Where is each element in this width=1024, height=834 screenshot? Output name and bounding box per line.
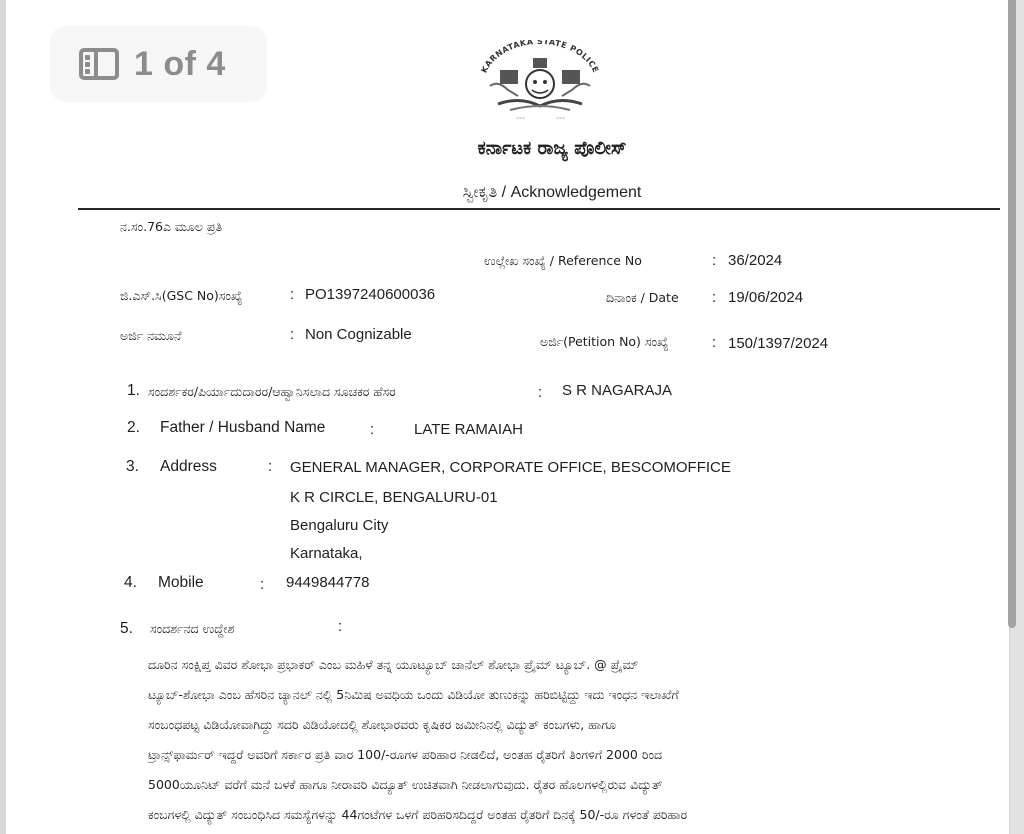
address-line: GENERAL MANAGER, CORPORATE OFFICE, BESCO…	[290, 459, 731, 476]
svg-text:~~~: ~~~	[556, 116, 565, 122]
address-colon: :	[268, 458, 272, 475]
petition-number-label: ಅರ್ಜಿ(Petition No) ಸಂಖ್ಯೆ	[540, 334, 668, 350]
mobile-colon: :	[260, 576, 264, 593]
karnataka-state-police-emblem-icon: KARNATAKA STATE POLICE ~~~ ~~~	[470, 40, 610, 122]
visitor-name-label: ಸಂದರ್ಶಕರ/ಪಿರ್ಯಾದುದಾರರ/ಆಹ್ವಾನಿಸಲಾದ ಸೂಚಕರ …	[148, 384, 396, 400]
father-name-colon: :	[370, 421, 374, 438]
header-divider	[78, 208, 1000, 210]
field-number: 3.	[126, 458, 139, 476]
paragraph-line: ಟ್ಯೂಬ್-ಶೋಭಾ ಎಂಬ ಹೆಸರಿನ ಚ್ಯಾನಲ್ ನಲ್ಲಿ 5ನಿ…	[148, 680, 908, 710]
reference-colon: :	[712, 252, 716, 269]
mobile-label: Mobile	[158, 574, 204, 592]
mobile-value: 9449844778	[286, 574, 369, 591]
date-label: ದಿನಾಂಕ / Date	[606, 290, 679, 306]
document-title: ಕರ್ನಾಟಕ ರಾಜ್ಯ ಪೊಲೀಸ್	[0, 138, 1024, 159]
field-number: 1.	[127, 382, 140, 400]
purpose-colon: :	[338, 618, 342, 635]
address-line: K R CIRCLE, BENGALURU-01	[290, 489, 498, 506]
petition-type-colon: :	[290, 326, 294, 343]
paragraph-line: ಕಂಬಗಳಲ್ಲಿ ವಿದ್ಯುತ್ ಸಂಬಂಧಿಸಿದ ಸಮಸ್ಯೆಗಳನ್ನ…	[148, 800, 908, 830]
paragraph-line: 5000ಯೂನಿಟ್ ವರೆಗೆ ಮನೆ ಬಳಕೆ ಹಾಗೂ ನೀರಾವರಿ ವ…	[148, 770, 908, 800]
petition-number-colon: :	[712, 334, 716, 351]
document-subtitle: ಸ್ವೀಕೃತಿ / Acknowledgement	[0, 184, 1024, 202]
gsc-label: ಜಿ.ಎಸ್.ಸಿ(GSC No)ಸಂಖ್ಯೆ	[120, 288, 242, 304]
petition-type-value: Non Cognizable	[305, 326, 412, 343]
reference-label: ಉಲ್ಲೇಖ ಸಂಖ್ಯೆ / Reference No	[484, 253, 642, 269]
father-name-label: Father / Husband Name	[160, 419, 325, 437]
paragraph-line: ಸಂಬಂಧಪಟ್ಟ ವಿಡಿಯೋವಾಗಿದ್ದು ಸದರಿ ವಿಡಿಯೋದಲ್ಲ…	[148, 710, 908, 740]
svg-text:~~~: ~~~	[516, 116, 525, 122]
date-value: 19/06/2024	[728, 289, 803, 306]
paragraph-line: ಟ್ರಾನ್ಸ್‌ಫಾರ್ಮರ್ ಇದ್ದರೆ ಅವರಿಗೆ ಸರ್ಕಾರ ಪ್…	[148, 740, 908, 770]
visitor-name-colon: :	[538, 384, 542, 401]
petition-number-value: 150/1397/2024	[728, 335, 828, 352]
reference-value: 36/2024	[728, 252, 782, 269]
paragraph-line: ದೂರಿನ ಸಂಕ್ಷಿಪ್ತ ವಿವರ ಶೋಭಾ ಪ್ರಭಾಕರ್ ಎಂಬ ಮ…	[148, 650, 908, 680]
viewer-left-edge	[0, 0, 6, 834]
field-number: 2.	[127, 419, 140, 437]
sidebar-thumbnails-icon	[79, 48, 119, 80]
address-label: Address	[160, 458, 217, 476]
field-number: 4.	[124, 574, 137, 592]
page-indicator-button[interactable]: 1 of 4	[50, 26, 267, 102]
father-name-value: LATE RAMAIAH	[414, 421, 523, 438]
purpose-label: ಸಂದರ್ಶನದ ಉದ್ದೇಶ	[150, 621, 234, 637]
address-line: Bengaluru City	[290, 517, 388, 534]
field-number: 5.	[120, 620, 133, 638]
gsc-value: PO1397240600036	[305, 286, 435, 303]
date-colon: :	[712, 289, 716, 306]
form-code: ನ.ಸಂ.76ಎ ಮೂಲ ಪ್ರತಿ	[120, 219, 222, 235]
address-line: Karnataka,	[290, 545, 363, 562]
vertical-scrollbar-thumb[interactable]	[1008, 0, 1016, 628]
petition-type-label: ಅರ್ಜಿ ನಮೂನೆ	[120, 328, 181, 344]
gsc-colon: :	[290, 286, 294, 303]
visitor-name-value: S R NAGARAJA	[562, 382, 672, 399]
page-indicator-label: 1 of 4	[134, 45, 226, 84]
purpose-paragraph: ದೂರಿನ ಸಂಕ್ಷಿಪ್ತ ವಿವರ ಶೋಭಾ ಪ್ರಭಾಕರ್ ಎಂಬ ಮ…	[148, 650, 908, 830]
